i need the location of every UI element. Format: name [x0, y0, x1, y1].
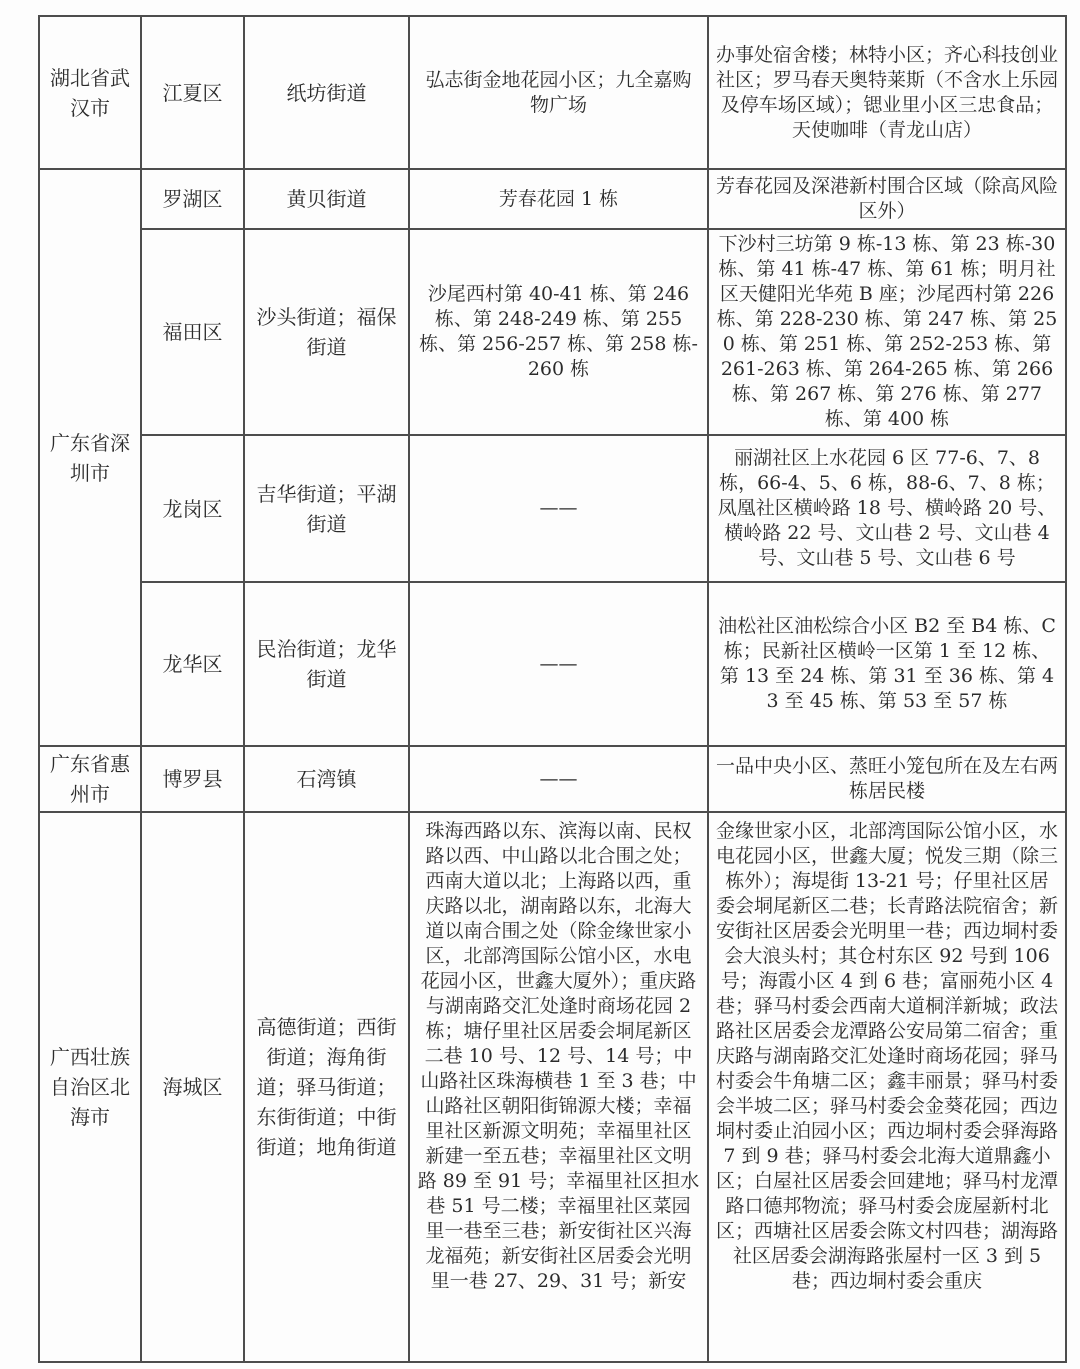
- table-row-longhua: 龙华区 民治街道；龙华街道 —— 油松社区油松综合小区 B2 至 B4 栋、C …: [39, 582, 1066, 746]
- region-cell: 湖北省武汉市: [39, 16, 141, 169]
- areas-secondary-cell: 金缘世家小区，北部湾国际公馆小区，水电花园小区，世鑫大厦；悦发三期（除三栋外）；…: [708, 812, 1066, 1362]
- risk-area-table: 湖北省武汉市 江夏区 纸坊街道 弘志街金地花园小区；九全嘉购物广场 办事处宿舍楼…: [38, 15, 1067, 1363]
- district-cell: 龙华区: [141, 582, 244, 746]
- areas-primary-cell: 芳春花园 1 栋: [409, 169, 708, 229]
- district-cell: 江夏区: [141, 16, 244, 169]
- region-cell: 广西壮族自治区北海市: [39, 812, 141, 1362]
- areas-secondary-cell: 芳春花园及深港新村围合区域（除高风险区外）: [708, 169, 1066, 229]
- table-row-jiangxia: 湖北省武汉市 江夏区 纸坊街道 弘志街金地花园小区；九全嘉购物广场 办事处宿舍楼…: [39, 16, 1066, 169]
- areas-secondary-text: 金缘世家小区，北部湾国际公馆小区，水电花园小区，世鑫大厦；悦发三期（除三栋外）；…: [716, 819, 1058, 1357]
- areas-primary-cell-empty: ——: [409, 435, 708, 582]
- areas-secondary-cell: 油松社区油松综合小区 B2 至 B4 栋、C 栋；民新社区横岭一区第 1 至 1…: [708, 582, 1066, 746]
- areas-primary-cell-empty: ——: [409, 582, 708, 746]
- street-cell: 吉华街道；平湖街道: [244, 435, 409, 582]
- district-cell: 福田区: [141, 229, 244, 435]
- areas-secondary-cell: 丽湖社区上水花园 6 区 77-6、7、8 栋，66-4、5、6 栋，88-6、…: [708, 435, 1066, 582]
- region-cell: 广东省惠州市: [39, 746, 141, 812]
- street-cell: 黄贝街道: [244, 169, 409, 229]
- risk-area-table-container: 湖北省武汉市 江夏区 纸坊街道 弘志街金地花园小区；九全嘉购物广场 办事处宿舍楼…: [38, 15, 1067, 1363]
- district-cell: 龙岗区: [141, 435, 244, 582]
- areas-secondary-cell: 一品中央小区、蒸旺小笼包所在及左右两栋居民楼: [708, 746, 1066, 812]
- table-row-luohu: 广东省深圳市 罗湖区 黄贝街道 芳春花园 1 栋 芳春花园及深港新村围合区域（除…: [39, 169, 1066, 229]
- areas-primary-cell: 弘志街金地花园小区；九全嘉购物广场: [409, 16, 708, 169]
- table-row-haicheng: 广西壮族自治区北海市 海城区 高德街道；西街街道；海角街道；驿马街道；东街街道；…: [39, 812, 1066, 1362]
- areas-secondary-cell: 下沙村三坊第 9 栋-13 栋、第 23 栋-30 栋、第 41 栋-47 栋、…: [708, 229, 1066, 435]
- table-row-futian: 福田区 沙头街道；福保街道 沙尾西村第 40-41 栋、第 246 栋、第 24…: [39, 229, 1066, 435]
- areas-primary-cell: 沙尾西村第 40-41 栋、第 246 栋、第 248-249 栋、第 255 …: [409, 229, 708, 435]
- areas-primary-text: 珠海西路以东、滨海以南、民权路以西、中山路以北合围之处；西南大道以北；上海路以西…: [417, 819, 700, 1357]
- areas-primary-cell: 珠海西路以东、滨海以南、民权路以西、中山路以北合围之处；西南大道以北；上海路以西…: [409, 812, 708, 1362]
- street-cell: 石湾镇: [244, 746, 409, 812]
- district-cell: 博罗县: [141, 746, 244, 812]
- street-cell: 民治街道；龙华街道: [244, 582, 409, 746]
- areas-primary-cell-empty: ——: [409, 746, 708, 812]
- table-row-boluo: 广东省惠州市 博罗县 石湾镇 —— 一品中央小区、蒸旺小笼包所在及左右两栋居民楼: [39, 746, 1066, 812]
- street-cell: 沙头街道；福保街道: [244, 229, 409, 435]
- region-cell: 广东省深圳市: [39, 169, 141, 746]
- table-row-longgang: 龙岗区 吉华街道；平湖街道 —— 丽湖社区上水花园 6 区 77-6、7、8 栋…: [39, 435, 1066, 582]
- district-cell: 海城区: [141, 812, 244, 1362]
- street-cell: 高德街道；西街街道；海角街道；驿马街道；东街街道；中街街道；地角街道: [244, 812, 409, 1362]
- district-cell: 罗湖区: [141, 169, 244, 229]
- areas-secondary-cell: 办事处宿舍楼；林特小区；齐心科技创业社区；罗马春天奥特莱斯（不含水上乐园及停车场…: [708, 16, 1066, 169]
- street-cell: 纸坊街道: [244, 16, 409, 169]
